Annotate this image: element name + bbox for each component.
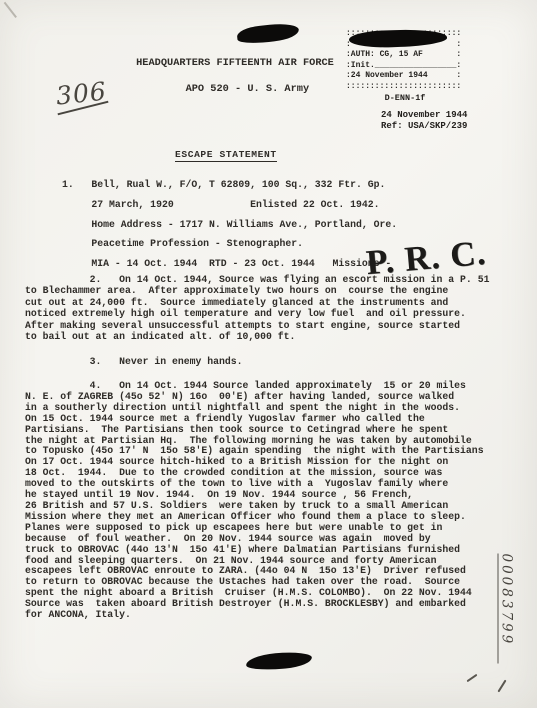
paragraph-1-personnel-data: 1. Bell, Rual W., F/O, T 62809, 100 Sq.,… xyxy=(62,175,397,274)
document-date: 24 November 1944 xyxy=(381,110,467,120)
letterhead-line1: HEADQUARTERS FIFTEENTH AIR FORCE xyxy=(136,57,334,69)
stamp-border-bottom: :::::::::::::::::::::::: xyxy=(346,82,461,91)
handwritten-check-mark xyxy=(497,680,506,693)
handwritten-tick-mark xyxy=(467,674,478,683)
redaction-mark-bottom xyxy=(245,650,312,672)
page-title: ESCAPE STATEMENT xyxy=(175,149,277,162)
handwritten-page-number: 306 xyxy=(55,76,108,110)
scan-scratch-mark xyxy=(4,2,17,18)
date-block: 24 November 1944Ref: USA/SKP/239 xyxy=(381,110,467,131)
handwritten-serial-number: 00083799 xyxy=(498,554,515,664)
redaction-mark-top xyxy=(236,22,299,45)
paragraph-3-enemy-hands: 3. Never in enemy hands. xyxy=(25,357,243,368)
document-ref: Ref: USA/SKP/239 xyxy=(381,121,467,131)
scanned-document-page: HEADQUARTERS FIFTEENTH AIR FORCE APO 520… xyxy=(0,0,537,708)
letterhead: HEADQUARTERS FIFTEENTH AIR FORCE APO 520… xyxy=(95,57,375,96)
stamp-init-line: :Init._________________: xyxy=(346,61,461,70)
paragraph-4-escape-narrative: 4. On 14 Oct. 1944 Source landed approxi… xyxy=(25,381,484,621)
stamp-date-line: :24 November 1944 : xyxy=(346,71,461,80)
stamp-auth-line: :AUTH: CG, 15 AF : xyxy=(346,50,461,59)
letterhead-line2: APO 520 - U. S. Army xyxy=(186,83,310,95)
stamp-code: D-ENN-1f xyxy=(346,93,464,103)
paragraph-2-mission: 2. On 14 Oct. 1944, Source was flying an… xyxy=(25,274,489,342)
